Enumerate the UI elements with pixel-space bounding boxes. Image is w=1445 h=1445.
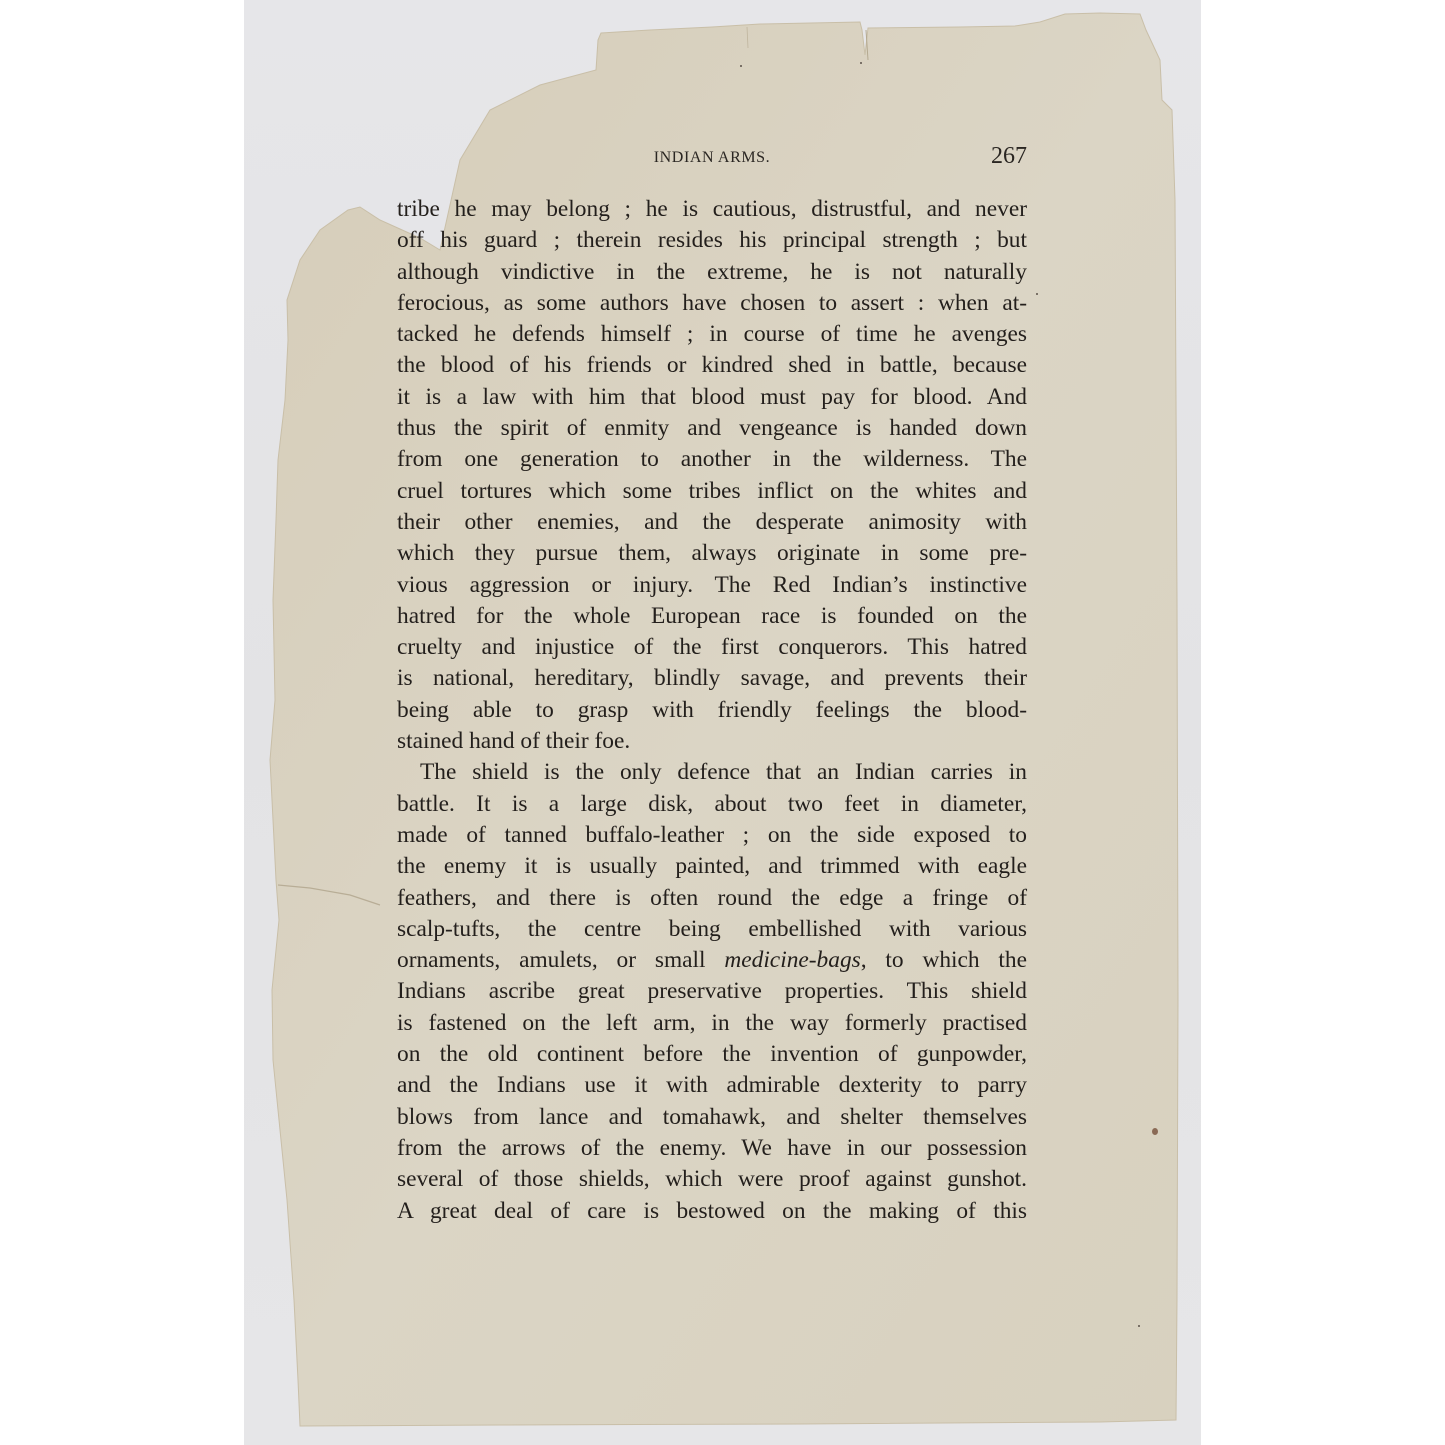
text-line: is fastened on the left arm, in the way … [397,1008,1027,1039]
text-line: blows from lance and tomahawk, and shelt… [397,1102,1027,1133]
running-head-title: INDIAN ARMS. [397,149,1027,167]
text-line: cruel tortures which some tribes inflict… [397,476,1027,507]
text-line: although vindictive in the extreme, he i… [397,257,1027,288]
text-line: cruelty and injustice of the first conqu… [397,632,1027,663]
text-line: tacked he defends himself ; in course of… [397,319,1027,350]
paragraph-1: tribe he may belong ; he is cautious, di… [397,194,1027,757]
text-line: it is a law with him that blood must pay… [397,382,1027,413]
page-number: 267 [991,143,1027,170]
text-line: and the Indians use it with admirable de… [397,1070,1027,1101]
text-line: The shield is the only defence that an I… [397,757,1027,788]
text-line: thus the spirit of enmity and vengeance … [397,413,1027,444]
paper-speck [1036,293,1038,295]
text-line: ferocious, as some authors have chosen t… [397,288,1027,319]
text-line: the blood of his friends or kindred shed… [397,350,1027,381]
paper-speck [860,62,862,64]
text-run: , to which the [861,947,1027,973]
text-line: battle. It is a large disk, about two fe… [397,789,1027,820]
text-line: made of tanned buffalo-leather ; on the … [397,820,1027,851]
text-line: scalp-tufts, the centre being embellishe… [397,914,1027,945]
text-line: from the arrows of the enemy. We have in… [397,1133,1027,1164]
foxing-spot [1152,1128,1158,1135]
text-line: which they pursue them, always originate… [397,538,1027,569]
text-run: ornaments, amulets, or small [397,947,724,973]
text-line: vious aggression or injury. The Red Indi… [397,570,1027,601]
text-line: stained hand of their foe. [397,726,1027,757]
text-line: on the old continent before the inventio… [397,1039,1027,1070]
text-line-with-italic: ornaments, amulets, or small medicine-ba… [397,945,1027,976]
paper-speck [740,65,742,67]
paper-speck [1138,1325,1140,1327]
paragraph-2: The shield is the only defence that an I… [397,757,1027,1226]
text-line: A great deal of care is bestowed on the … [397,1196,1027,1227]
running-head: INDIAN ARMS. 267 [397,143,1027,173]
text-line: their other enemies, and the desperate a… [397,507,1027,538]
text-line: being able to grasp with friendly feelin… [397,695,1027,726]
text-line: feathers, and there is often round the e… [397,883,1027,914]
text-line: the enemy it is usually painted, and tri… [397,851,1027,882]
body-text: tribe he may belong ; he is cautious, di… [397,194,1027,1227]
text-line: off his guard ; therein resides his prin… [397,225,1027,256]
text-line: from one generation to another in the wi… [397,444,1027,475]
text-line: several of those shields, which were pro… [397,1164,1027,1195]
text-line: is national, hereditary, blindly savage,… [397,663,1027,694]
text-line: tribe he may belong ; he is cautious, di… [397,194,1027,225]
text-line: Indians ascribe great preservative prope… [397,976,1027,1007]
text-line: hatred for the whole European race is fo… [397,601,1027,632]
italic-term: medicine-bags [724,947,860,973]
